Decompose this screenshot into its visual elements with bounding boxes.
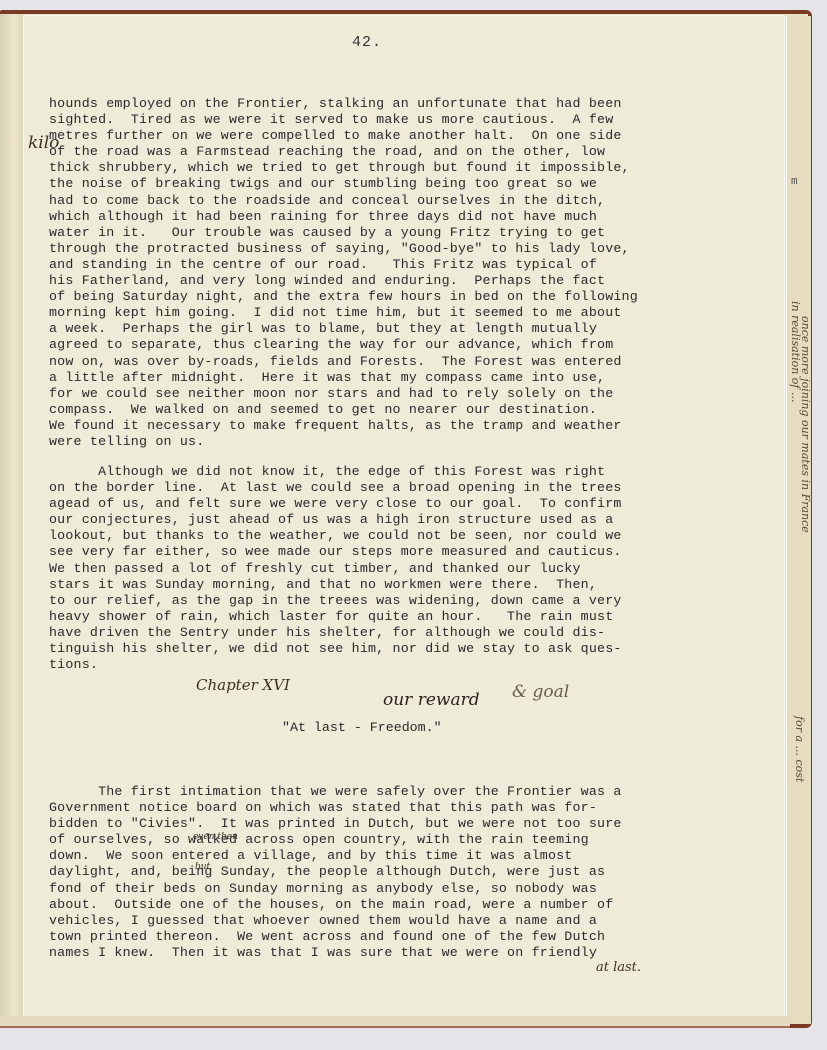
text-line: heavy shower of rain, which laster for q…	[49, 609, 622, 625]
text-line: for we could see neither moon nor stars …	[49, 386, 638, 402]
text-line: Although we did not know it, the edge of…	[49, 464, 622, 480]
chapter-handwritten-note: Chapter XVI	[196, 676, 290, 694]
text-line: a little after midnight. Here it was tha…	[49, 370, 638, 386]
text-line: metres further on we were compelled to m…	[49, 128, 638, 144]
title-insert-goal: & goal	[512, 682, 569, 702]
strip-letter: m	[791, 176, 798, 188]
text-line: to our relief, as the gap in the treees …	[49, 593, 622, 609]
text-line: lookout, but thanks to the weather, we c…	[49, 528, 622, 544]
text-line: his Fatherland, and very long winded and…	[49, 273, 638, 289]
paragraph-1: hounds employed on the Frontier, stalkin…	[49, 96, 638, 450]
paragraph-3: The first intimation that we were safely…	[49, 784, 622, 961]
text-line: stars it was Sunday morning, and that no…	[49, 577, 622, 593]
text-line: see very far either, so wee made our ste…	[49, 544, 622, 560]
text-line: sighted. Tired as we were it served to m…	[49, 112, 638, 128]
strip-note-2: once more joining our mates in France	[799, 316, 812, 533]
text-line: our conjectures, just ahead of us was a …	[49, 512, 622, 528]
text-line: compass. We walked on and seemed to get …	[49, 402, 638, 418]
text-line: bidden to "Civies". It was printed in Du…	[49, 816, 622, 832]
text-line: down. We soon entered a village, and by …	[49, 848, 622, 864]
text-line: The first intimation that we were safely…	[49, 784, 622, 800]
text-line: now on, was over by-roads, fields and Fo…	[49, 354, 638, 370]
text-line: daylight, and, being Sunday, the people …	[49, 864, 622, 880]
page-bottom-edge	[0, 1016, 790, 1028]
text-line: tinguish his shelter, we did not see him…	[49, 641, 622, 657]
page-number: 42.	[352, 34, 382, 51]
text-line: vehicles, I guessed that whoever owned t…	[49, 913, 622, 929]
text-line: Government notice board on which was sta…	[49, 800, 622, 816]
text-line: tions.	[49, 657, 622, 673]
left-gutter	[0, 14, 24, 1024]
text-line: We then passed a lot of freshly cut timb…	[49, 561, 622, 577]
text-line: of being Saturday night, and the extra f…	[49, 289, 638, 305]
title-insert-our-reward: our reward	[383, 690, 480, 710]
text-line: which although it had been raining for t…	[49, 209, 638, 225]
strip-note-3: for a ... cost	[793, 716, 806, 782]
insert-at-last: at last.	[596, 960, 641, 975]
text-line: water in it. Our trouble was caused by a…	[49, 225, 638, 241]
text-line: town printed thereon. We went across and…	[49, 929, 622, 945]
text-line: morning kept him going. I did not time h…	[49, 305, 638, 321]
text-line: about. Outside one of the houses, on the…	[49, 897, 622, 913]
text-line: through the protracted business of sayin…	[49, 241, 638, 257]
text-line: have driven the Sentry under his shelter…	[49, 625, 622, 641]
text-line: a week. Perhaps the girl was to blame, b…	[49, 321, 638, 337]
paragraph-2: Although we did not know it, the edge of…	[49, 464, 622, 673]
text-line: had to come back to the roadside and con…	[49, 193, 638, 209]
text-line: of ourselves, so walked across open coun…	[49, 832, 622, 848]
text-line: agead of us, and felt sure we were very …	[49, 496, 622, 512]
text-line: thick shrubbery, which we tried to get t…	[49, 160, 638, 176]
text-line: were telling on us.	[49, 434, 638, 450]
text-line: hounds employed on the Frontier, stalkin…	[49, 96, 638, 112]
right-margin-strip: in realisation of ... once more joining …	[786, 16, 811, 1024]
text-line: the noise of breaking twigs and our stum…	[49, 176, 638, 192]
text-line: and standing in the centre of our road. …	[49, 257, 638, 273]
text-line: agreed to separate, thus clearing the wa…	[49, 337, 638, 353]
text-line: We found it necessary to make frequent h…	[49, 418, 638, 434]
text-line: on the border line. At last we could see…	[49, 480, 622, 496]
text-line: fond of their beds on Sunday morning as …	[49, 881, 622, 897]
chapter-title: "At last - Freedom."	[282, 720, 442, 735]
text-line: of the road was a Farmstead reaching the…	[49, 144, 638, 160]
text-line: names I knew. Then it was that I was sur…	[49, 945, 622, 961]
